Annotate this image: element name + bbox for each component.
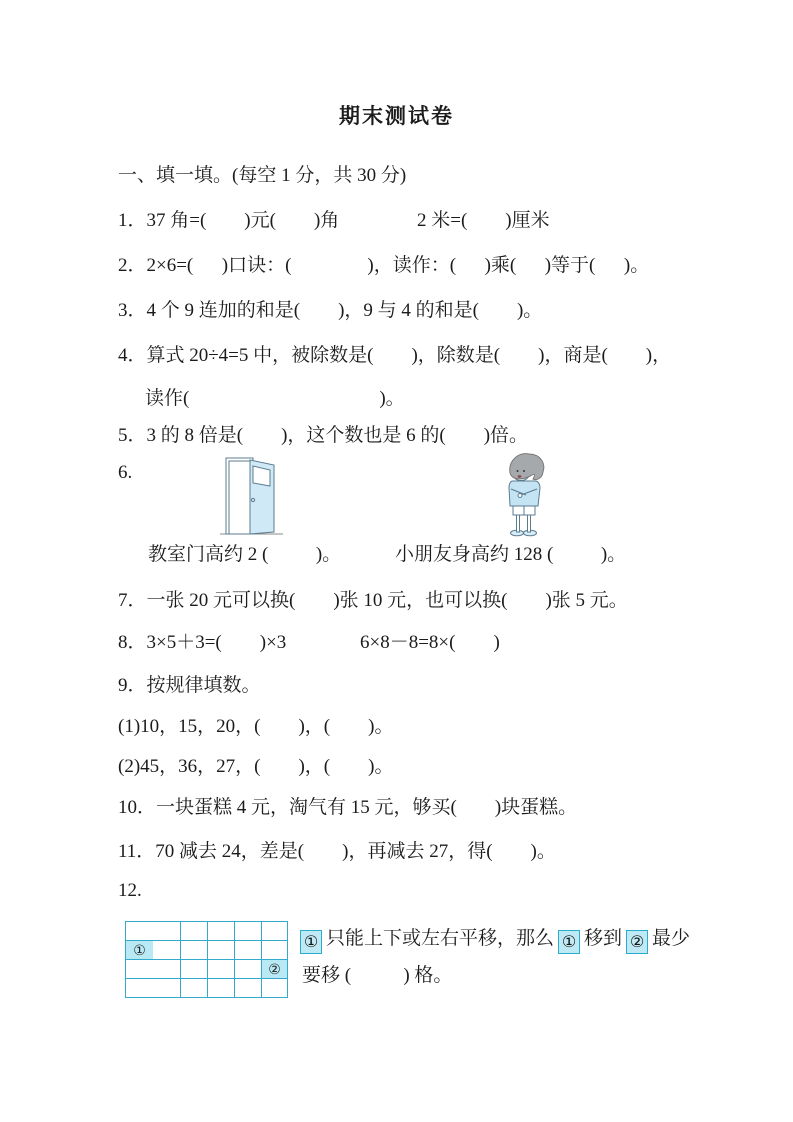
question-12-number: 12. xyxy=(118,879,142,903)
question-3: 3．4 个 9 连加的和是( )，9 与 4 的和是( )。 xyxy=(118,299,542,323)
question-1b: 2 米=( )厘米 xyxy=(417,209,550,233)
question-9-sub2: (2)45，36，27，( )，( )。 xyxy=(118,755,393,779)
child-illustration xyxy=(497,452,555,540)
page-title: 期末测试卷 xyxy=(0,100,793,130)
tile-1-badge: ① xyxy=(300,930,322,954)
question-8b: 6×8－8=8×( ) xyxy=(360,631,500,655)
question-1a: 1．37 角=( )元( )角 xyxy=(118,209,339,233)
question-7: 7．一张 20 元可以换( )张 10 元，也可以换( )张 5 元。 xyxy=(118,589,628,613)
question-9: 9．按规律填数。 xyxy=(118,674,261,698)
question-4-line2: 读作( )。 xyxy=(145,387,405,411)
question-6-caption-door: 教室门高约 2 ( )。 xyxy=(148,543,341,567)
question-4-line1: 4．算式 20÷4=5 中，被除数是( )，除数是( )，商是( )， xyxy=(118,344,671,368)
question-12-text-c: 最少 xyxy=(652,928,690,949)
question-9-sub1: (1)10，15，20，( )，( )。 xyxy=(118,715,393,739)
question-12-text-line2: 要移 ( ) 格。 xyxy=(302,964,452,988)
question-5: 5．3 的 8 倍是( )，这个数也是 6 的( )倍。 xyxy=(118,424,528,448)
door-illustration xyxy=(219,455,285,537)
tile-1-label: ① xyxy=(133,943,146,959)
tile-2-badge: ② xyxy=(626,930,648,954)
translation-grid: ① ② xyxy=(125,921,288,998)
tile-1-badge-2: ① xyxy=(558,930,580,954)
question-12-text-line1: ①只能上下或左右平移，那么①移到②最少 xyxy=(300,926,690,954)
question-2: 2．2×6=( )口诀：( )，读作：( )乘( )等于( )。 xyxy=(118,254,649,278)
section-heading: 一、填一填。(每空 1 分，共 30 分) xyxy=(118,164,406,188)
question-8a: 8．3×5＋3=( )×3 xyxy=(118,631,286,655)
question-10: 10．一块蛋糕 4 元，淘气有 15 元，够买( )块蛋糕。 xyxy=(118,796,577,820)
question-12-text-b: 移到 xyxy=(584,928,622,949)
question-6-number: 6. xyxy=(118,461,132,485)
question-12-text-a: 只能上下或左右平移，那么 xyxy=(326,928,554,949)
tile-2-label: ② xyxy=(268,962,281,978)
test-paper-page: 期末测试卷 一、填一填。(每空 1 分，共 30 分) 1．37 角=( )元(… xyxy=(0,0,793,1122)
question-6-caption-child: 小朋友身高约 128 ( )。 xyxy=(395,543,626,567)
question-11: 11．70 减去 24，差是( )，再减去 27，得( )。 xyxy=(118,840,556,864)
